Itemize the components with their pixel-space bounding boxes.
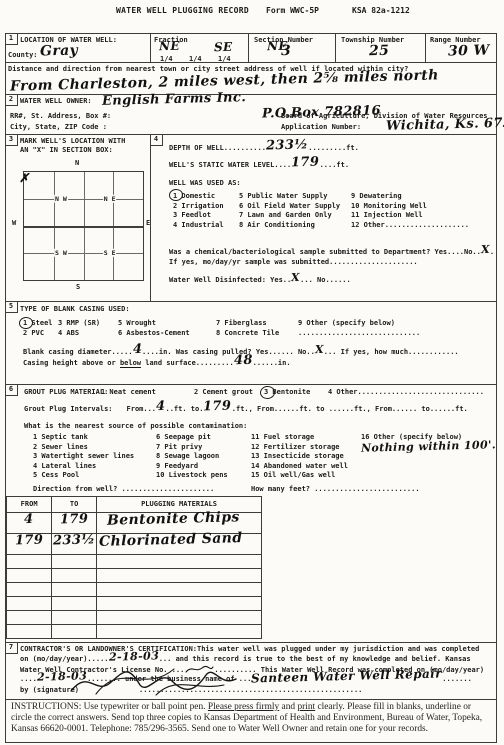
depth-value: 233½: [266, 140, 309, 150]
application-number-label: Application Number:: [281, 123, 361, 132]
section2-owner: 2 WATER WELL OWNER: English Farms Inc. R…: [5, 95, 497, 135]
fraction-value-2: SE: [214, 43, 233, 52]
section-number-cell: Section Number 3: [249, 34, 336, 62]
direction-from-well-label: Direction from well? ...................…: [33, 485, 214, 494]
casing-height-line: Casing height above or below land surfac…: [23, 359, 291, 368]
contamination-other: 16 Other (specify below) Nothing within …: [361, 433, 496, 454]
contamination-label: What is the nearest source of possible c…: [24, 422, 247, 431]
table-row: 179 233½ Chlorinated Sand: [7, 534, 262, 555]
section1-location: 1 LOCATION OF WATER WELL: County: Gray F…: [5, 33, 497, 63]
compass-south-label: S: [76, 283, 80, 292]
grid-line: [24, 253, 143, 254]
section5-blank-casing: 5 TYPE OF BLANK CASING USED: 1 Steel 3 R…: [5, 302, 497, 385]
print-underlined: print: [297, 702, 315, 712]
below-underlined: below: [120, 359, 141, 368]
grout-option: 2 Cement grout: [194, 388, 253, 397]
compass-east-label: E: [146, 219, 150, 228]
contamination-column-1: 1 Septic tank 2 Sewer lines 3 Watertight…: [33, 433, 134, 481]
grout-option: 1 Neat cement: [101, 388, 156, 397]
township-number-cell: Township Number 25: [336, 34, 426, 62]
used-as-label: WELL WAS USED AS:: [169, 179, 241, 188]
completed-date-value: 2-18-03: [108, 652, 158, 661]
business-name-value: Santeen Water Well Repair: [251, 670, 442, 683]
distance-value: From Charleston, 2 miles west, then 2⅝ m…: [10, 71, 439, 92]
table-header-to: TO: [52, 497, 97, 513]
county-label: County:: [8, 51, 38, 60]
section1-title-cell: 1 LOCATION OF WATER WELL: County: Gray: [6, 34, 151, 62]
section7-badge: 7: [6, 643, 18, 654]
address-label: RR#, St. Address, Box #:: [10, 112, 111, 121]
fraction-cell: Fraction NE 1/4 SE 1/4 NE 1/4: [151, 34, 249, 62]
section-box-grid: N W N E S W S E ✗: [23, 171, 144, 281]
disinfected-line: Water Well Disinfected: Yes..X... No....…: [169, 276, 351, 285]
contamination-column-3: 11 Fuel storage 12 Fertilizer storage 13…: [251, 433, 348, 481]
county-value: Gray: [40, 47, 78, 58]
township-number-value: 25: [369, 47, 390, 57]
section-number-value: 3: [281, 47, 291, 57]
compass-north-label: N: [75, 159, 79, 168]
how-many-feet-label: How many feet? .........................: [251, 485, 420, 494]
certification-line4: ....2-18-03........ under the business n…: [20, 675, 472, 684]
license-number-scrawl: [184, 665, 214, 674]
uses-column-2: 5 Public Water Supply 6 Oil Field Water …: [239, 192, 340, 230]
certification-line1: CONTRACTOR'S OR LANDOWNER'S CERTIFICATIO…: [20, 645, 479, 654]
contamination-other-value: Nothing within 100'.: [361, 441, 496, 452]
casing-option: 9 Other (specify below): [298, 319, 395, 328]
grout-option: 4 Other..............................: [328, 388, 484, 397]
owner-value: English Farms Inc.: [102, 93, 246, 106]
interval-to-value: 179: [203, 402, 232, 412]
grid-line: [24, 199, 143, 200]
casing-option: 5 Wrought: [118, 319, 156, 328]
compass-sw-label: S W: [54, 249, 68, 257]
press-firmly-underlined: Please press firmly: [208, 702, 279, 712]
pulled-no-x-mark: X: [315, 346, 324, 354]
chemical-sample-line: Was a chemical/bacteriological sample su…: [169, 248, 494, 257]
section7-certification: 7 CONTRACTOR'S OR LANDOWNER'S CERTIFICAT…: [5, 643, 497, 700]
compass-se-label: S E: [103, 249, 117, 257]
casing-option: 2 PVC: [23, 329, 44, 338]
compass-west-label: W: [12, 219, 16, 228]
section4-well-details: 4 DEPTH OF WELL..........233½.........ft…: [151, 135, 496, 301]
fraction-value-1: NE: [159, 42, 180, 51]
section2-badge: 2: [6, 95, 18, 106]
compass-ne-label: N E: [103, 195, 117, 203]
table-row: [7, 625, 262, 639]
static-level-line: WELL'S STATIC WATER LEVEL....179....ft.: [169, 161, 349, 170]
disinfected-yes-x-mark: X: [291, 274, 300, 282]
casing-other-dots: .............................: [298, 329, 420, 338]
table-row: [7, 597, 262, 611]
section1-badge: 1: [6, 34, 18, 45]
plugging-materials-table: FROM TO PLUGGING MATERIALS 4 179 Bentoni…: [6, 496, 262, 639]
table-row: [7, 611, 262, 625]
record-completed-date-value: 2-18-03: [37, 672, 87, 681]
circle-annotation-bentonite: [259, 385, 275, 399]
section3-badge: 3: [6, 135, 18, 146]
section4-badge: 4: [151, 135, 163, 146]
table-row: [7, 555, 262, 569]
casing-option: 7 Fiberglass: [216, 319, 267, 328]
compass-nw-label: N W: [54, 195, 68, 203]
range-number-value: 30 W: [448, 46, 490, 57]
instructions-block: INSTRUCTIONS: Use typewriter or ball poi…: [5, 700, 497, 743]
certification-line2: on (mo/day/year).....2-18-03... and this…: [20, 655, 471, 664]
section6-badge: 6: [6, 385, 18, 396]
grid-line: [24, 226, 143, 228]
grout-intervals-line: Grout Plug Intervals:From...4..ft. to.17…: [24, 405, 468, 414]
casing-option: 3 RMP (SR): [58, 319, 100, 328]
chem-no-x-mark: X: [481, 246, 490, 254]
depth-line: DEPTH OF WELL..........233½.........ft.: [169, 144, 359, 153]
uses-column-3: 9 Dewatering 10 Monitoring Well 11 Injec…: [351, 192, 469, 230]
section5-badge: 5: [6, 302, 18, 313]
distance-row: Distance and direction from nearest town…: [5, 63, 497, 95]
water-well-plugging-record-form: WATER WELL PLUGGING RECORD Form WWC-5P K…: [0, 0, 504, 745]
diameter-value: 4: [132, 345, 142, 354]
casing-option: 4 ABS: [58, 329, 79, 338]
page-title: WATER WELL PLUGGING RECORD: [116, 6, 249, 16]
static-level-value: 179: [291, 158, 320, 168]
table-row: [7, 583, 262, 597]
owner-label: WATER WELL OWNER:: [20, 97, 92, 106]
certification-line5: by (signature)..........................…: [20, 686, 362, 695]
section3-4-row: 3 MARK WELL'S LOCATION WITH AN "X" IN SE…: [5, 135, 497, 302]
interval-from-value: 4: [156, 402, 166, 411]
section3-mark-location: 3 MARK WELL'S LOCATION WITH AN "X" IN SE…: [6, 135, 151, 301]
casing-option: 8 Concrete Tile: [216, 329, 279, 338]
section5-title: TYPE OF BLANK CASING USED:: [20, 305, 130, 314]
section6-grout-plug: 6 GROUT PLUG MATERIAL: 1 Neat cement 2 C…: [5, 385, 497, 643]
contamination-column-2: 6 Seepage pit 7 Pit privy 8 Sewage lagoo…: [156, 433, 228, 481]
well-location-x-mark: ✗: [19, 174, 30, 183]
height-value: 48: [234, 356, 253, 366]
range-number-cell: Range Number 30 W: [426, 34, 496, 62]
sample-date-line: If yes, mo/day/yr sample was submitted..…: [169, 258, 418, 267]
board-line: Board of Agriculture, Division of Water …: [281, 112, 488, 121]
section3-title-line1: MARK WELL'S LOCATION WITH: [20, 137, 125, 146]
section3-title-line2: AN "X" IN SECTION BOX:: [20, 146, 113, 155]
section6-title: GROUT PLUG MATERIAL:: [24, 388, 108, 397]
table-row: [7, 569, 262, 583]
city-label: City, State, ZIP Code :: [10, 123, 107, 132]
form-number: Form WWC-5P: [266, 6, 319, 16]
statute-number: KSA 82a-1212: [352, 6, 410, 16]
casing-option: 6 Asbestos-Cement: [118, 329, 190, 338]
table-header-from: FROM: [7, 497, 52, 513]
